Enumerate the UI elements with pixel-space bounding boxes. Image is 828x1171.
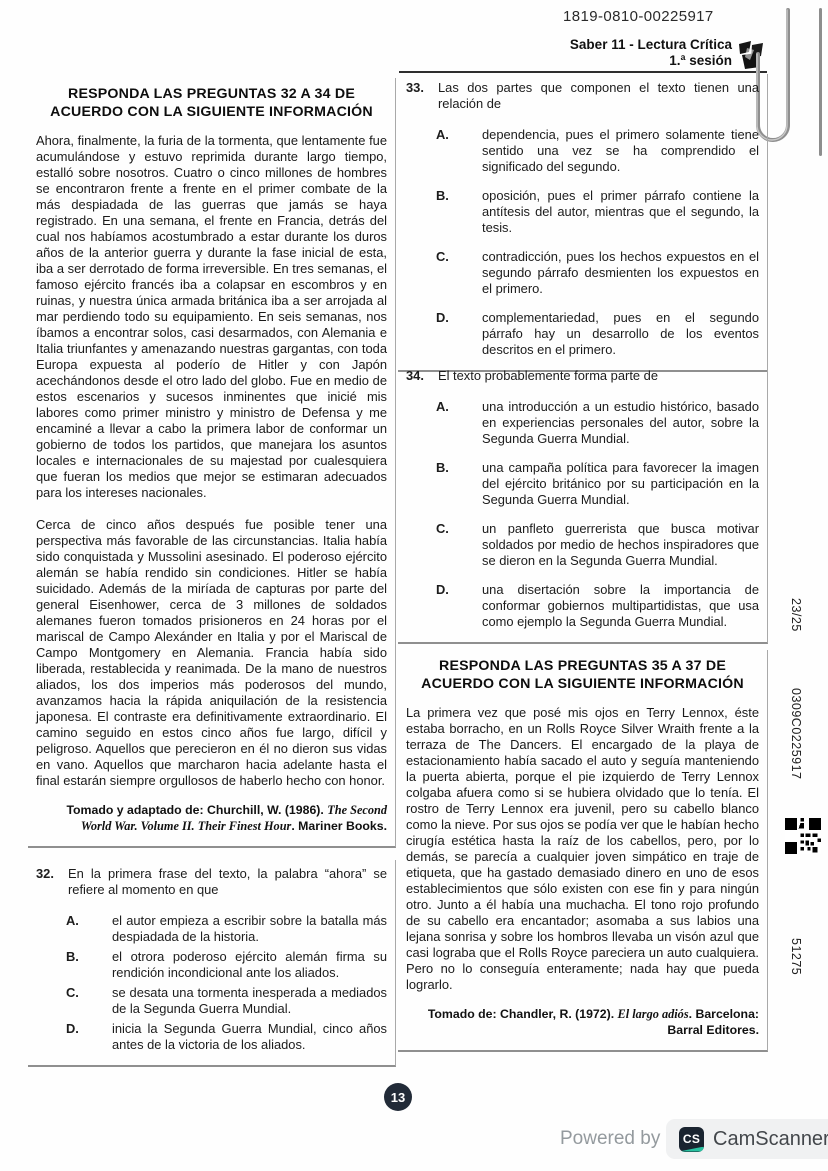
booklet-code-label: 0309C0225917 <box>789 688 803 780</box>
option-letter: B. <box>66 949 112 981</box>
option-text: una introducción a un estudio histórico,… <box>482 399 759 447</box>
option-letter: B. <box>436 188 482 236</box>
source-suffix: . Mariner Books. <box>291 819 387 833</box>
question-number: 33. <box>406 80 431 112</box>
question-block-33: 33. Las dos partes que componen el texto… <box>398 74 768 372</box>
answer-option-b[interactable]: B. una campaña política para favorecer l… <box>436 460 759 508</box>
question-block-32: 32. En la primera frase del texto, la pa… <box>28 860 396 1067</box>
option-text: el otrora poderoso ejército alemán firma… <box>112 949 387 981</box>
source-attribution: Tomado de: Chandler, R. (1972). El largo… <box>406 1006 759 1038</box>
option-text: un panfleto guerrerista que busca motiva… <box>482 521 759 569</box>
option-text: oposición, pues el primer párrafo contie… <box>482 188 759 236</box>
option-letter: A. <box>436 127 482 175</box>
camscanner-logo-icon: CS <box>679 1127 704 1152</box>
option-text: una campaña política para favorecer la i… <box>482 460 759 508</box>
instruction-heading-35-37: RESPONDA LAS PREGUNTAS 35 A 37 DE ACUERD… <box>406 658 759 693</box>
option-text: el autor empieza a escribir sobre la bat… <box>112 913 387 945</box>
option-letter: A. <box>66 913 112 945</box>
header-divider <box>399 71 767 73</box>
answer-option-a[interactable]: A. dependencia, pues el primero solament… <box>436 127 759 175</box>
question-block-34: 34. El texto probablemente forma parte d… <box>398 362 768 644</box>
answer-option-c[interactable]: C. contradicción, pues los hechos expues… <box>436 249 759 297</box>
passage-block-churchill: RESPONDA LAS PREGUNTAS 32 A 34 DE ACUERD… <box>28 78 396 848</box>
answer-option-c[interactable]: C. se desata una tormenta inesperada a m… <box>66 985 387 1017</box>
source-prefix: Tomado y adaptado de: Churchill, W. (198… <box>66 803 327 817</box>
option-text: complementariedad, pues en el segundo pá… <box>482 310 759 358</box>
question-number: 32. <box>36 866 61 898</box>
option-text: una disertación sobre la importancia de … <box>482 582 759 630</box>
scanned-exam-page: 1819-0810-00225917 Saber 11 - Lectura Cr… <box>0 0 828 1171</box>
camscanner-link[interactable]: CS CamScanner <box>666 1119 828 1159</box>
passage-paragraph: La primera vez que posé mis ojos en Terr… <box>406 705 759 993</box>
answer-option-b[interactable]: B. el otrora poderoso ejército alemán fi… <box>66 949 387 981</box>
answer-option-a[interactable]: A. el autor empieza a escribir sobre la … <box>66 913 387 945</box>
paperclip-outer-wire <box>819 8 822 156</box>
form-code: 1819-0810-00225917 <box>563 8 714 25</box>
answer-option-c[interactable]: C. un panfleto guerrerista que busca mot… <box>436 521 759 569</box>
instruction-heading-32-34: RESPONDA LAS PREGUNTAS 32 A 34 DE ACUERD… <box>36 86 387 121</box>
answer-option-b[interactable]: B. oposición, pues el primer párrafo con… <box>436 188 759 236</box>
camscanner-brand-name: CamScanner <box>713 1128 828 1151</box>
option-letter: D. <box>436 310 482 358</box>
option-letter: C. <box>66 985 112 1017</box>
answer-option-a[interactable]: A. una introducción a un estudio históri… <box>436 399 759 447</box>
sheet-fraction-label: 23/25 <box>789 598 803 632</box>
answer-option-d[interactable]: D. complementariedad, pues en el segundo… <box>436 310 759 358</box>
answer-option-d[interactable]: D. inicia la Segunda Guerra Mundial, cin… <box>66 1021 387 1053</box>
answer-option-d[interactable]: D. una disertación sobre la importancia … <box>436 582 759 630</box>
question-stem: En la primera frase del texto, la palabr… <box>68 866 387 898</box>
source-prefix: Tomado de: Chandler, R. (1972). <box>428 1007 618 1021</box>
passage-paragraph: Cerca de cinco años después fue posible … <box>36 517 387 789</box>
option-letter: D. <box>66 1021 112 1053</box>
question-stem: Las dos partes que componen el texto tie… <box>438 80 759 112</box>
question-number: 34. <box>406 368 431 384</box>
option-letter: A. <box>436 399 482 447</box>
option-text: contradicción, pues los hechos expuestos… <box>482 249 759 297</box>
source-title: El largo adiós <box>618 1007 689 1021</box>
powered-by-label: Powered by <box>560 1128 660 1150</box>
option-letter: C. <box>436 521 482 569</box>
exam-title: Saber 11 - Lectura Crítica 1.ª sesión <box>490 37 732 69</box>
page-number-badge: 13 <box>384 1083 412 1111</box>
option-letter: D. <box>436 582 482 630</box>
option-letter: C. <box>436 249 482 297</box>
passage-block-chandler: RESPONDA LAS PREGUNTAS 35 A 37 DE ACUERD… <box>398 650 768 1052</box>
option-text: dependencia, pues el primero solamente t… <box>482 127 759 175</box>
option-text: inicia la Segunda Guerra Mundial, cinco … <box>112 1021 387 1053</box>
source-attribution: Tomado y adaptado de: Churchill, W. (198… <box>36 802 387 834</box>
qr-code-icon <box>785 818 821 859</box>
option-letter: B. <box>436 460 482 508</box>
passage-paragraph: Ahora, finalmente, la furia de la tormen… <box>36 133 387 501</box>
batch-code-label: 51275 <box>789 938 803 975</box>
option-text: se desata una tormenta inesperada a medi… <box>112 985 387 1017</box>
question-stem: El texto probablemente forma parte de <box>438 368 759 384</box>
